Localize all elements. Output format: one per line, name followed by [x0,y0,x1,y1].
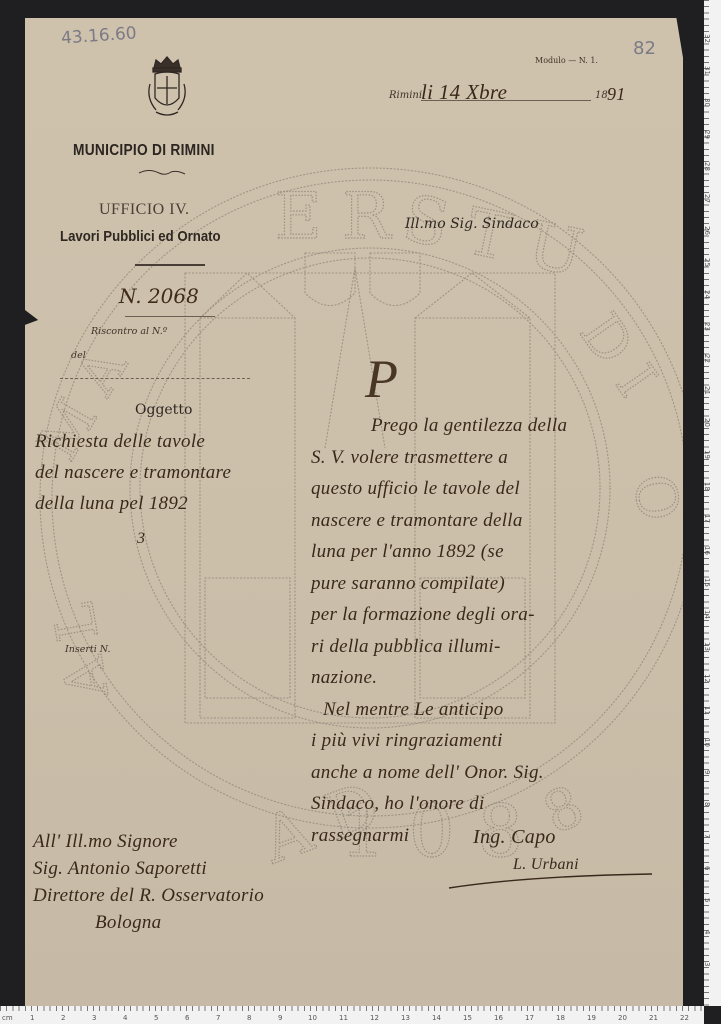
ruler-tick-label: 21 [649,1014,658,1022]
svg-text:E R: E R [275,180,392,254]
document-page: E R S T U D I O M A A L A D 1 0 8 8 43.1… [25,18,683,1008]
protocol-underline [125,316,215,317]
ruler-tick-label: 28 [703,162,711,171]
archive-pencil-number: 43.16.60 [60,23,137,48]
ruler-tick-label: 30 [703,98,711,107]
recipient-address: All' Ill.mo Signore Sig. Antonio Saporet… [33,828,264,936]
ruler-tick-label: 32 [703,34,711,43]
ruler-tick-label: 18 [556,1014,565,1022]
ruler-tick-label: 8 [247,1014,251,1022]
ruler-tick-label: 22 [680,1014,689,1022]
recipient-line: Bologna [33,909,264,936]
ruler-unit-label: cm [2,1014,13,1022]
ruler-tick-label: 21 [703,386,711,395]
folio-pencil-number: 82 [633,38,656,59]
del-underline [60,378,250,379]
ruler-tick-label: 8 [703,802,711,806]
date-underline [421,100,591,101]
letter-body: Prego la gentilezza della S. V. volere t… [311,410,681,851]
oggetto-line: Richiesta delle tavole [35,426,231,457]
ruler-tick-label: 2 [61,1014,65,1022]
ruler-tick-label: 20 [618,1014,627,1022]
recipient-line: All' Ill.mo Signore [33,828,264,855]
ruler-tick-label: 12 [703,674,711,683]
body-line: Sindaco, ho l'onore di [311,788,681,820]
ruler-tick-label: 29 [703,130,711,139]
ruler-tick-label: 18 [703,482,711,491]
signature-title: Ing. Capo [473,826,556,849]
ruler-tick-label: 11 [703,706,711,715]
ruler-tick-label: 4 [123,1014,127,1022]
ruler-tick-label: 7 [703,834,711,838]
ruler-tick-label: 19 [703,450,711,459]
ruler-tick-label: 27 [703,194,711,203]
place-label: Rimini [389,90,422,101]
body-line: pure saranno compilate) [311,568,681,600]
ruler-tick-label: 26 [703,226,711,235]
del-label: del [71,350,86,361]
ruler-tick-label: 14 [432,1014,441,1022]
ruler-tick-label: 31 [703,66,711,75]
ruler-tick-label: 25 [703,258,711,267]
vertical-scale-ruler: 32 31 30 29 28 27 26 25 24 23 22 21 20 1… [704,0,721,1006]
ruler-tick-label: 16 [703,546,711,555]
municipality-title: MUNICIPIO DI RIMINI [73,142,271,160]
recipient-line: Sig. Antonio Saporetti [33,855,264,882]
ruler-tick-label: 19 [587,1014,596,1022]
ruler-tick-label: 6 [703,866,711,870]
oggetto-text: Richiesta delle tavole del nascere e tra… [35,426,231,519]
ruler-tick-label: 6 [185,1014,189,1022]
ruler-tick-label: 12 [370,1014,379,1022]
ruler-tick-label: 24 [703,290,711,299]
addressee-salutation: Ill.mo Sig. Sindaco [405,216,539,232]
ruler-tick-label: 10 [703,738,711,747]
ruler-tick-label: 20 [703,418,711,427]
oggetto-label: Oggetto [135,402,192,418]
header-divider [135,264,205,266]
ruler-tick-label: 1 [30,1014,34,1022]
svg-text:D I: D I [567,302,669,409]
ruler-tick-label: 15 [703,578,711,587]
oggetto-line: della luna pel 1892 [35,488,231,519]
ruler-tick-label: 14 [703,610,711,619]
body-line: per la formazione degli ora- [311,599,681,631]
body-line: anche a nome dell' Onor. Sig. [311,757,681,789]
ruler-tick-label: 5 [154,1014,158,1022]
recipient-line: Direttore del R. Osservatorio [33,882,264,909]
ruler-tick-label: 5 [703,898,711,902]
body-line: ri della pubblica illumi- [311,631,681,663]
svg-text:S T U: S T U [397,182,590,292]
inserti-label: Inserti N. [65,644,111,655]
ruler-tick-label: 7 [216,1014,220,1022]
body-line: nascere e tramontare della [311,505,681,537]
ruler-tick-label: 11 [339,1014,348,1022]
ruler-tick-label: 17 [703,514,711,523]
body-line: i più vivi ringraziamenti [311,725,681,757]
modulo-label: Modulo — N. 1. [535,56,598,65]
body-line: questo ufficio le tavole del [311,473,681,505]
office-title: UFFICIO IV. [99,201,190,219]
ruler-tick-label: 22 [703,354,711,363]
body-line: luna per l'anno 1892 (se [311,536,681,568]
year-suffix: 91 [607,84,626,105]
ruler-tick-label: 17 [525,1014,534,1022]
ruler-tick-label: 9 [703,770,711,774]
ornament-flourish-icon [137,168,187,178]
horizontal-scale-ruler: cm 1 2 3 4 5 6 7 8 9 10 11 12 13 14 15 1… [0,1006,704,1024]
body-line: nazione. [311,662,681,694]
handwritten-date: li 14 Xbre [421,80,507,105]
body-line: Prego la gentilezza della [311,410,681,442]
ruler-tick-label: 23 [703,322,711,331]
year-prefix: 18 [595,90,608,101]
ruler-tick-label: 13 [401,1014,410,1022]
department-title: Lavori Pubblici ed Ornato [60,228,289,245]
ruler-tick-label: 9 [278,1014,282,1022]
body-initial: P [365,348,398,410]
ruler-tick-label: 15 [463,1014,472,1022]
ruler-tick-label: 4 [703,930,711,934]
signature-flourish-icon [447,868,657,892]
protocol-number: N. 2068 [119,284,199,308]
body-line: S. V. volere trasmettere a [311,442,681,474]
body-line: Nel mentre Le anticipo [311,694,681,726]
ruler-tick-label: 16 [494,1014,503,1022]
ruler-tick-label: 10 [308,1014,317,1022]
rimini-coat-of-arms-icon [142,54,192,122]
ruler-tick-label: 3 [703,962,711,966]
oggetto-line: del nascere e tramontare [35,457,231,488]
ruler-tick-label: 13 [703,642,711,651]
ruler-tick-label: 3 [92,1014,96,1022]
oggetto-mark: 3 [137,530,145,548]
riscontro-label: Riscontro al N.º [91,326,167,337]
